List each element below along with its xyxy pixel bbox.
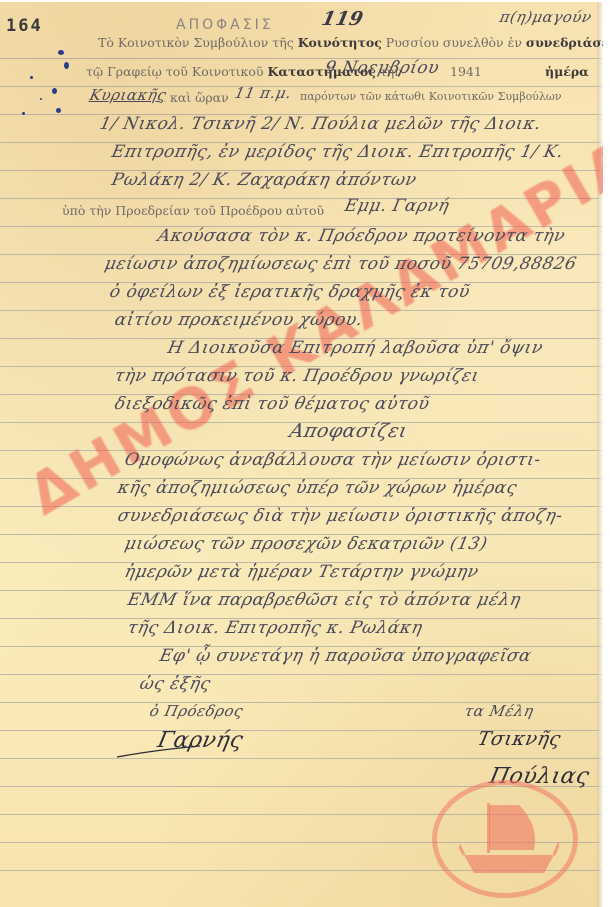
header-line-1: Τὸ Κοινοτικὸν Συμβούλιον τῆς Κοινότητος … (98, 35, 603, 50)
hand-line-2: Επιτροπῆς, ἐν μερίδος τῆς Διοικ. Επιτροπ… (110, 142, 565, 162)
hand-line-17: ΕΜΜ ἵνα παραβρεθῶσι εἰς τὸ ἀπόντα μέλη (126, 590, 523, 610)
hand-line-12: Ομοφώνως ἀναβάλλουσα τὴν μείωσιν ὁριστι- (123, 450, 543, 470)
hand-line-13: κῆς ἀποζημιώσεως ὑπέρ τῶν χώρων ἡμέρας (116, 478, 519, 498)
hand-line-7: αἰτίου προκειμένου χώρου. (113, 310, 365, 330)
hand-line-19: Εφ' ᾧ συνετάγη ἡ παροῦσα ὑπογραφεῖσα (158, 646, 533, 666)
subject-handwritten: π(η)μαγούν (498, 8, 593, 26)
hand-line-6: ὁ ὀφείλων ἐξ ἱερατικῆς δραχμῆς ἐκ τοῦ (108, 282, 472, 302)
decision-label: ΑΠΟΦΑΣΙΣ (176, 17, 274, 33)
decides-heading: Αποφασίζει (288, 420, 410, 442)
header-day-word: ἡμέρα (545, 64, 589, 79)
ship-stamp-icon (432, 780, 578, 898)
president-name: Εμμ. Γαρνή (343, 196, 451, 216)
hand-line-15: μιώσεως τῶν προσεχῶν δεκατριῶν (13) (123, 534, 489, 554)
decision-number: 119 (320, 8, 366, 30)
header-hour-word: καὶ ὥραν (170, 90, 229, 105)
document-page: ΔΗΜΟΣ ΚΑΛΑΜΑΡΙΑΣ 164 ΑΠΟΦΑΣΙΣ 119 π(η)μα… (0, 2, 603, 907)
hand-line-1: 1/ Νικολ. Τσικνῆ 2/ Ν. Πούλια μελῶν τῆς … (98, 114, 543, 134)
signature-right-1: Τσικνῆς (476, 728, 563, 750)
meeting-year: 1941 (450, 64, 482, 79)
meeting-date: 9 Νοεμβρίου (323, 58, 441, 78)
header-present-line: παρόντων τῶν κάτωθι Κοινοτικῶν Συμβούλων (300, 90, 562, 103)
hand-line-20: ὡς ἑξῆς (138, 674, 213, 694)
hand-line-14: συνεδριάσεως διὰ τὴν μείωσιν ὁριστικῆς ἀ… (116, 506, 565, 526)
signature-right-label: τα Μέλη (463, 702, 535, 720)
hand-line-5: μείωσιν ἀποζημίωσεως ἐπὶ τοῦ ποσοῦ 75709… (103, 254, 579, 274)
signature-underline-icon (115, 742, 205, 762)
hand-line-3: Ρωλάκη 2/ Κ. Ζαχαράκη ἀπόντων (110, 170, 419, 190)
presidency-line: ὑπὸ τὴν Προεδρείαν τοῦ Προέδρου αὐτοῦ (62, 203, 324, 218)
meeting-time: 11 π.μ. (233, 84, 293, 102)
hand-line-4: Ακούσασα τὸν κ. Πρόεδρον προτείνοντα τὴν (156, 226, 567, 246)
hand-line-8: Η Διοικοῦσα Επιτροπή λαβοῦσα ὑπ' ὄψιν (166, 338, 545, 358)
signature-left-label: ὁ Πρόεδρος (148, 702, 245, 720)
hand-line-16: ἡμερῶν μετὰ ἡμέραν Τετάρτην γνώμην (123, 562, 481, 582)
page-number: 164 (6, 16, 43, 36)
hand-line-10: διεξοδικῶς ἐπὶ τοῦ θέματος αὐτοῦ (113, 394, 432, 414)
hand-line-9: τὴν πρότασιν τοῦ κ. Προέδρου γνωρίζει (113, 366, 481, 386)
meeting-day: Κυριακῆς (88, 86, 168, 104)
hand-line-18: τῆς Διοικ. Επιτροπῆς κ. Ρωλάκη (126, 618, 425, 638)
